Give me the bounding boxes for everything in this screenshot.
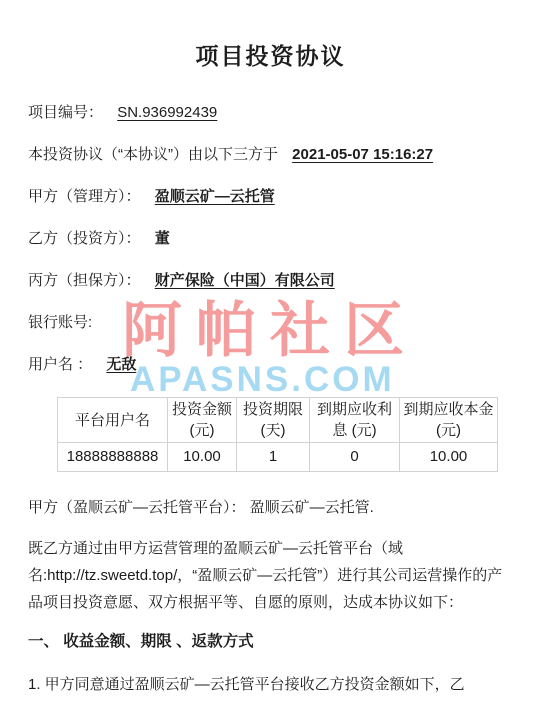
- table-header-platform-username: 平台用户名: [58, 398, 168, 443]
- username-line: 用户名 ： 无敌: [28, 356, 513, 374]
- project-number-value: SN.936992439: [117, 104, 217, 121]
- table-header-principal-due: 到期应收本金 (元): [400, 398, 498, 443]
- table-header-row: 平台用户名 投资金额 (元) 投资期限 (天) 到期应收利息 (元) 到期应收本…: [58, 398, 498, 443]
- table-header-interest-due: 到期应收利息 (元): [310, 398, 400, 443]
- page-title: 项目投资协议: [28, 42, 513, 70]
- table-row: 18888888888 10.00 1 0 10.00: [58, 443, 498, 472]
- party-b-line: 乙方（投资方）： 董: [28, 230, 513, 248]
- paragraph-party-a: 甲方（盈顺云矿—云托管平台）： 盈顺云矿—云托管.: [28, 494, 513, 521]
- username-label: 用户名 ：: [28, 356, 92, 373]
- intro-text: 本投资协议（“本协议”）由以下三方于: [28, 146, 278, 163]
- party-b-value: 董: [155, 230, 170, 247]
- table-cell-principal-due: 10.00: [400, 443, 498, 472]
- party-a-line: 甲方（管理方）： 盈顺云矿—云托管: [28, 188, 513, 206]
- project-number-line: 项目编号： SN.936992439: [28, 104, 513, 122]
- table-cell-platform-username: 18888888888: [58, 443, 168, 472]
- table-header-investment-term: 投资期限 (天): [237, 398, 310, 443]
- document-content: 项目投资协议 项目编号： SN.936992439 本投资协议（“本协议”）由以…: [0, 42, 539, 698]
- party-a-label: 甲方（管理方）：: [28, 188, 141, 205]
- table-header-investment-amount: 投资金额 (元): [168, 398, 237, 443]
- project-number-label: 项目编号：: [28, 104, 103, 121]
- document-page: 阿帕社区 APASNS.COM 项目投资协议 项目编号： SN.93699243…: [0, 0, 539, 716]
- table-cell-investment-term: 1: [237, 443, 310, 472]
- paragraph-clause-1: 1. 甲方同意通过盈顺云矿—云托管平台接收乙方投资金额如下，乙: [28, 671, 513, 698]
- intro-line: 本投资协议（“本协议”）由以下三方于 2021-05-07 15:16:27: [28, 146, 513, 164]
- intro-datetime: 2021-05-07 15:16:27: [292, 146, 433, 163]
- bank-account-line: 银行账号:: [28, 314, 513, 332]
- investment-table: 平台用户名 投资金额 (元) 投资期限 (天) 到期应收利息 (元) 到期应收本…: [57, 397, 498, 472]
- party-c-label: 丙方（担保方）：: [28, 272, 141, 289]
- party-a-value: 盈顺云矿—云托管: [155, 188, 275, 205]
- bank-account-label: 银行账号:: [28, 314, 92, 331]
- username-value: 无敌: [106, 356, 136, 373]
- party-c-line: 丙方（担保方）： 财产保险（中国）有限公司: [28, 272, 513, 290]
- paragraph-agreement: 既乙方通过由甲方运营管理的盈顺云矿—云托管平台（域名:http://tz.swe…: [28, 535, 513, 616]
- party-c-value: 财产保险（中国）有限公司: [155, 272, 335, 289]
- party-b-label: 乙方（投资方）：: [28, 230, 141, 247]
- table-cell-investment-amount: 10.00: [168, 443, 237, 472]
- table-cell-interest-due: 0: [310, 443, 400, 472]
- section-heading: 一、 收益金额、期限 、返款方式: [28, 628, 513, 655]
